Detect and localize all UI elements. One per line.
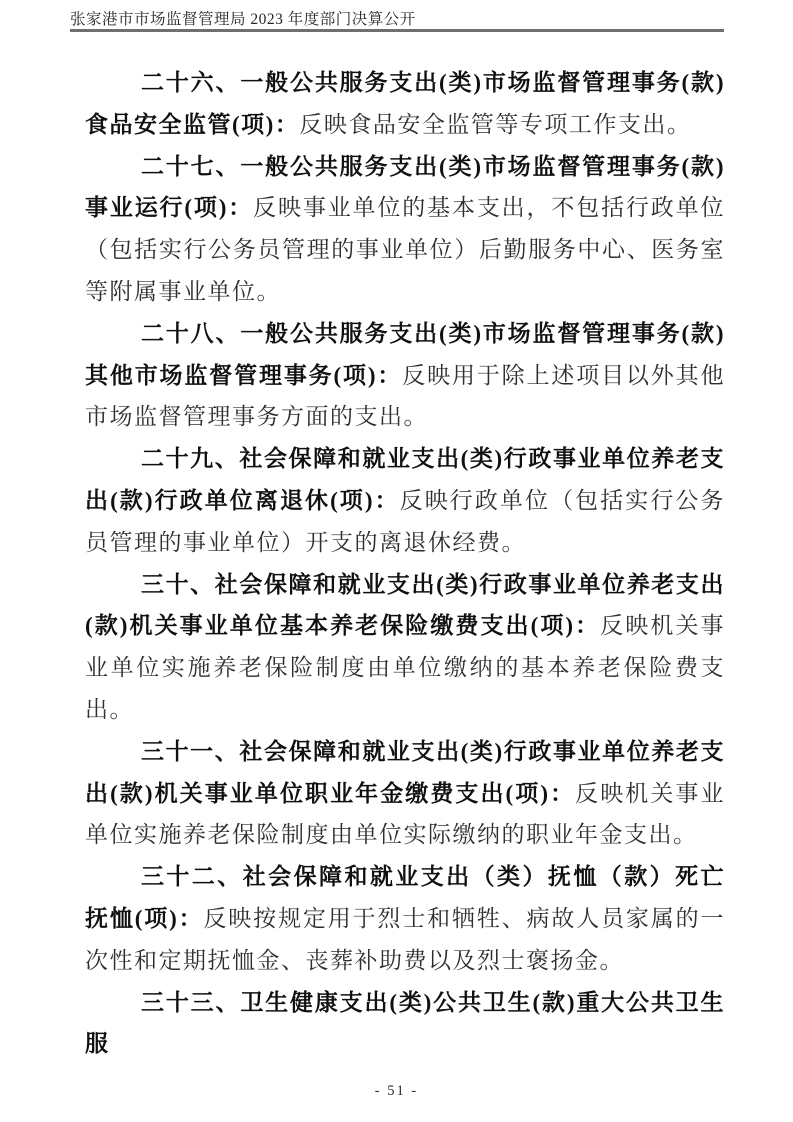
page-number: - 51 -	[0, 1083, 793, 1100]
budget-item-paragraph-27: 二十七、一般公共服务支出(类)市场监督管理事务(款)事业运行(项)：反映事业单位…	[85, 146, 725, 313]
budget-item-paragraph-31: 三十一、社会保障和就业支出(类)行政事业单位养老支出(款)机关事业单位职业年金缴…	[85, 731, 725, 856]
item-26-description: 反映食品安全监管等专项工作支出。	[299, 112, 691, 137]
budget-item-paragraph-33: 三十三、卫生健康支出(类)公共卫生(款)重大公共卫生服	[85, 982, 725, 1066]
budget-item-paragraph-29: 二十九、社会保障和就业支出(类)行政事业单位养老支出(款)行政单位离退休(项)：…	[85, 438, 725, 563]
page-header-title: 张家港市市场监督管理局 2023 年度部门决算公开	[70, 10, 416, 30]
document-body: 二十六、一般公共服务支出(类)市场监督管理事务(款)食品安全监管(项)：反映食品…	[85, 62, 725, 1065]
budget-item-paragraph-30: 三十、社会保障和就业支出(类)行政事业单位养老支出(款)机关事业单位基本养老保险…	[85, 564, 725, 731]
budget-item-paragraph-28: 二十八、一般公共服务支出(类)市场监督管理事务(款)其他市场监督管理事务(项)：…	[85, 313, 725, 438]
header-divider-rule	[70, 29, 724, 32]
document-page: 张家港市市场监督管理局 2023 年度部门决算公开 二十六、一般公共服务支出(类…	[0, 0, 793, 1122]
budget-item-paragraph-32: 三十二、社会保障和就业支出（类）抚恤（款）死亡抚恤(项)：反映按规定用于烈士和牺…	[85, 856, 725, 981]
item-33-heading: 三十三、卫生健康支出(类)公共卫生(款)重大公共卫生服	[85, 990, 725, 1057]
budget-item-paragraph-26: 二十六、一般公共服务支出(类)市场监督管理事务(款)食品安全监管(项)：反映食品…	[85, 62, 725, 146]
